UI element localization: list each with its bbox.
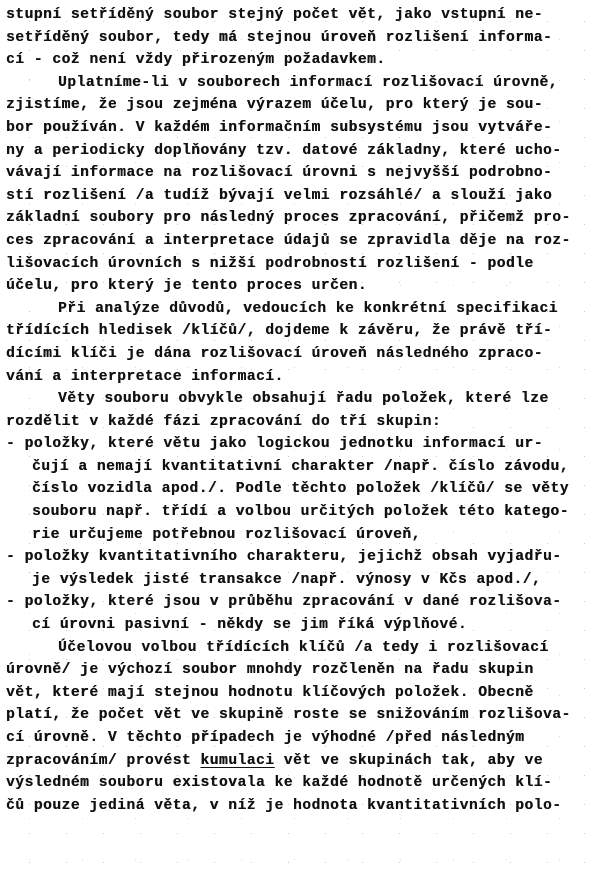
text-line: cí úrovně. V těchto případech je výhodné…: [6, 727, 601, 750]
paragraph-first-line: Uplatníme-li v souborech informací rozli…: [6, 72, 601, 95]
paragraph-first-line: Věty souboru obvykle obsahují řadu polož…: [6, 388, 601, 411]
list-item-continuation-line: souboru např. třídí a volbou určitých po…: [6, 501, 601, 524]
text-segment: zpracováním/ provést: [6, 753, 200, 769]
text-line: - položky kvantitativního charakteru, je…: [6, 546, 601, 569]
text-line: rozdělit v každé fázi zpracování do tří …: [6, 411, 601, 434]
text-line: zjistíme, že jsou zejména výrazem účelu,…: [6, 94, 601, 117]
text-line: stupní setříděný soubor stejný počet vět…: [6, 4, 601, 27]
list-item-continuation-line: číslo vozidla apod./. Podle těchto polož…: [6, 478, 601, 501]
paragraph-first-line: Při analýze důvodů, vedoucích ke konkrét…: [6, 298, 601, 321]
text-line: stí rozlišení /a tudíž bývají velmi rozs…: [6, 185, 601, 208]
list-item-continuation-line: čují a nemají kvantitativní charakter /n…: [6, 456, 601, 479]
text-line: - položky, které jsou v průběhu zpracová…: [6, 591, 601, 614]
text-line: základní soubory pro následný proces zpr…: [6, 207, 601, 230]
text-segment: vět ve skupinách tak, aby ve: [274, 753, 542, 769]
list-item-continuation-line: rie určujeme potřebnou rozlišovací úrove…: [6, 524, 601, 547]
text-line: vání a interpretace informací.: [6, 366, 601, 389]
text-line: dícími klíči je dána rozlišovací úroveň …: [6, 343, 601, 366]
document-page: stupní setříděný soubor stejný počet vět…: [6, 4, 601, 817]
list-item-continuation-line: cí úrovni pasivní - někdy se jim říká vý…: [6, 614, 601, 637]
paragraph-first-line: Účelovou volbou třídících klíčů /a tedy …: [6, 637, 601, 660]
text-line: úrovně/ je výchozí soubor mnohdy rozčlen…: [6, 659, 601, 682]
text-line: cí - což není vždy přirozeným požadavkem…: [6, 49, 601, 72]
list-item-continuation-line: je výsledek jisté transakce /např. výnos…: [6, 569, 601, 592]
text-line: výsledném souboru existovala ke každé ho…: [6, 772, 601, 795]
text-line: třídících hledisek /klíčů/, dojdeme k zá…: [6, 320, 601, 343]
text-line: lišovacích úrovních s nižší podrobností …: [6, 253, 601, 276]
text-line: bor používán. V každém informačním subsy…: [6, 117, 601, 140]
text-line: ny a periodicky doplňovány tzv. datové z…: [6, 140, 601, 163]
text-line: vávají informace na rozlišovací úrovni s…: [6, 162, 601, 185]
text-line: ces zpracování a interpretace údajů se z…: [6, 230, 601, 253]
text-line: setříděný soubor, tedy má stejnou úroveň…: [6, 27, 601, 50]
text-line: čů pouze jediná věta, v níž je hodnota k…: [6, 795, 601, 818]
text-line: platí, že počet vět ve skupině roste se …: [6, 704, 601, 727]
text-line: vět, které mají stejnou hodnotu klíčovýc…: [6, 682, 601, 705]
text-line: - položky, které větu jako logickou jedn…: [6, 433, 601, 456]
text-line: účelu, pro který je tento proces určen.: [6, 275, 601, 298]
text-line: zpracováním/ provést kumulaci vět ve sku…: [6, 750, 601, 773]
underlined-term: kumulaci: [200, 753, 274, 769]
